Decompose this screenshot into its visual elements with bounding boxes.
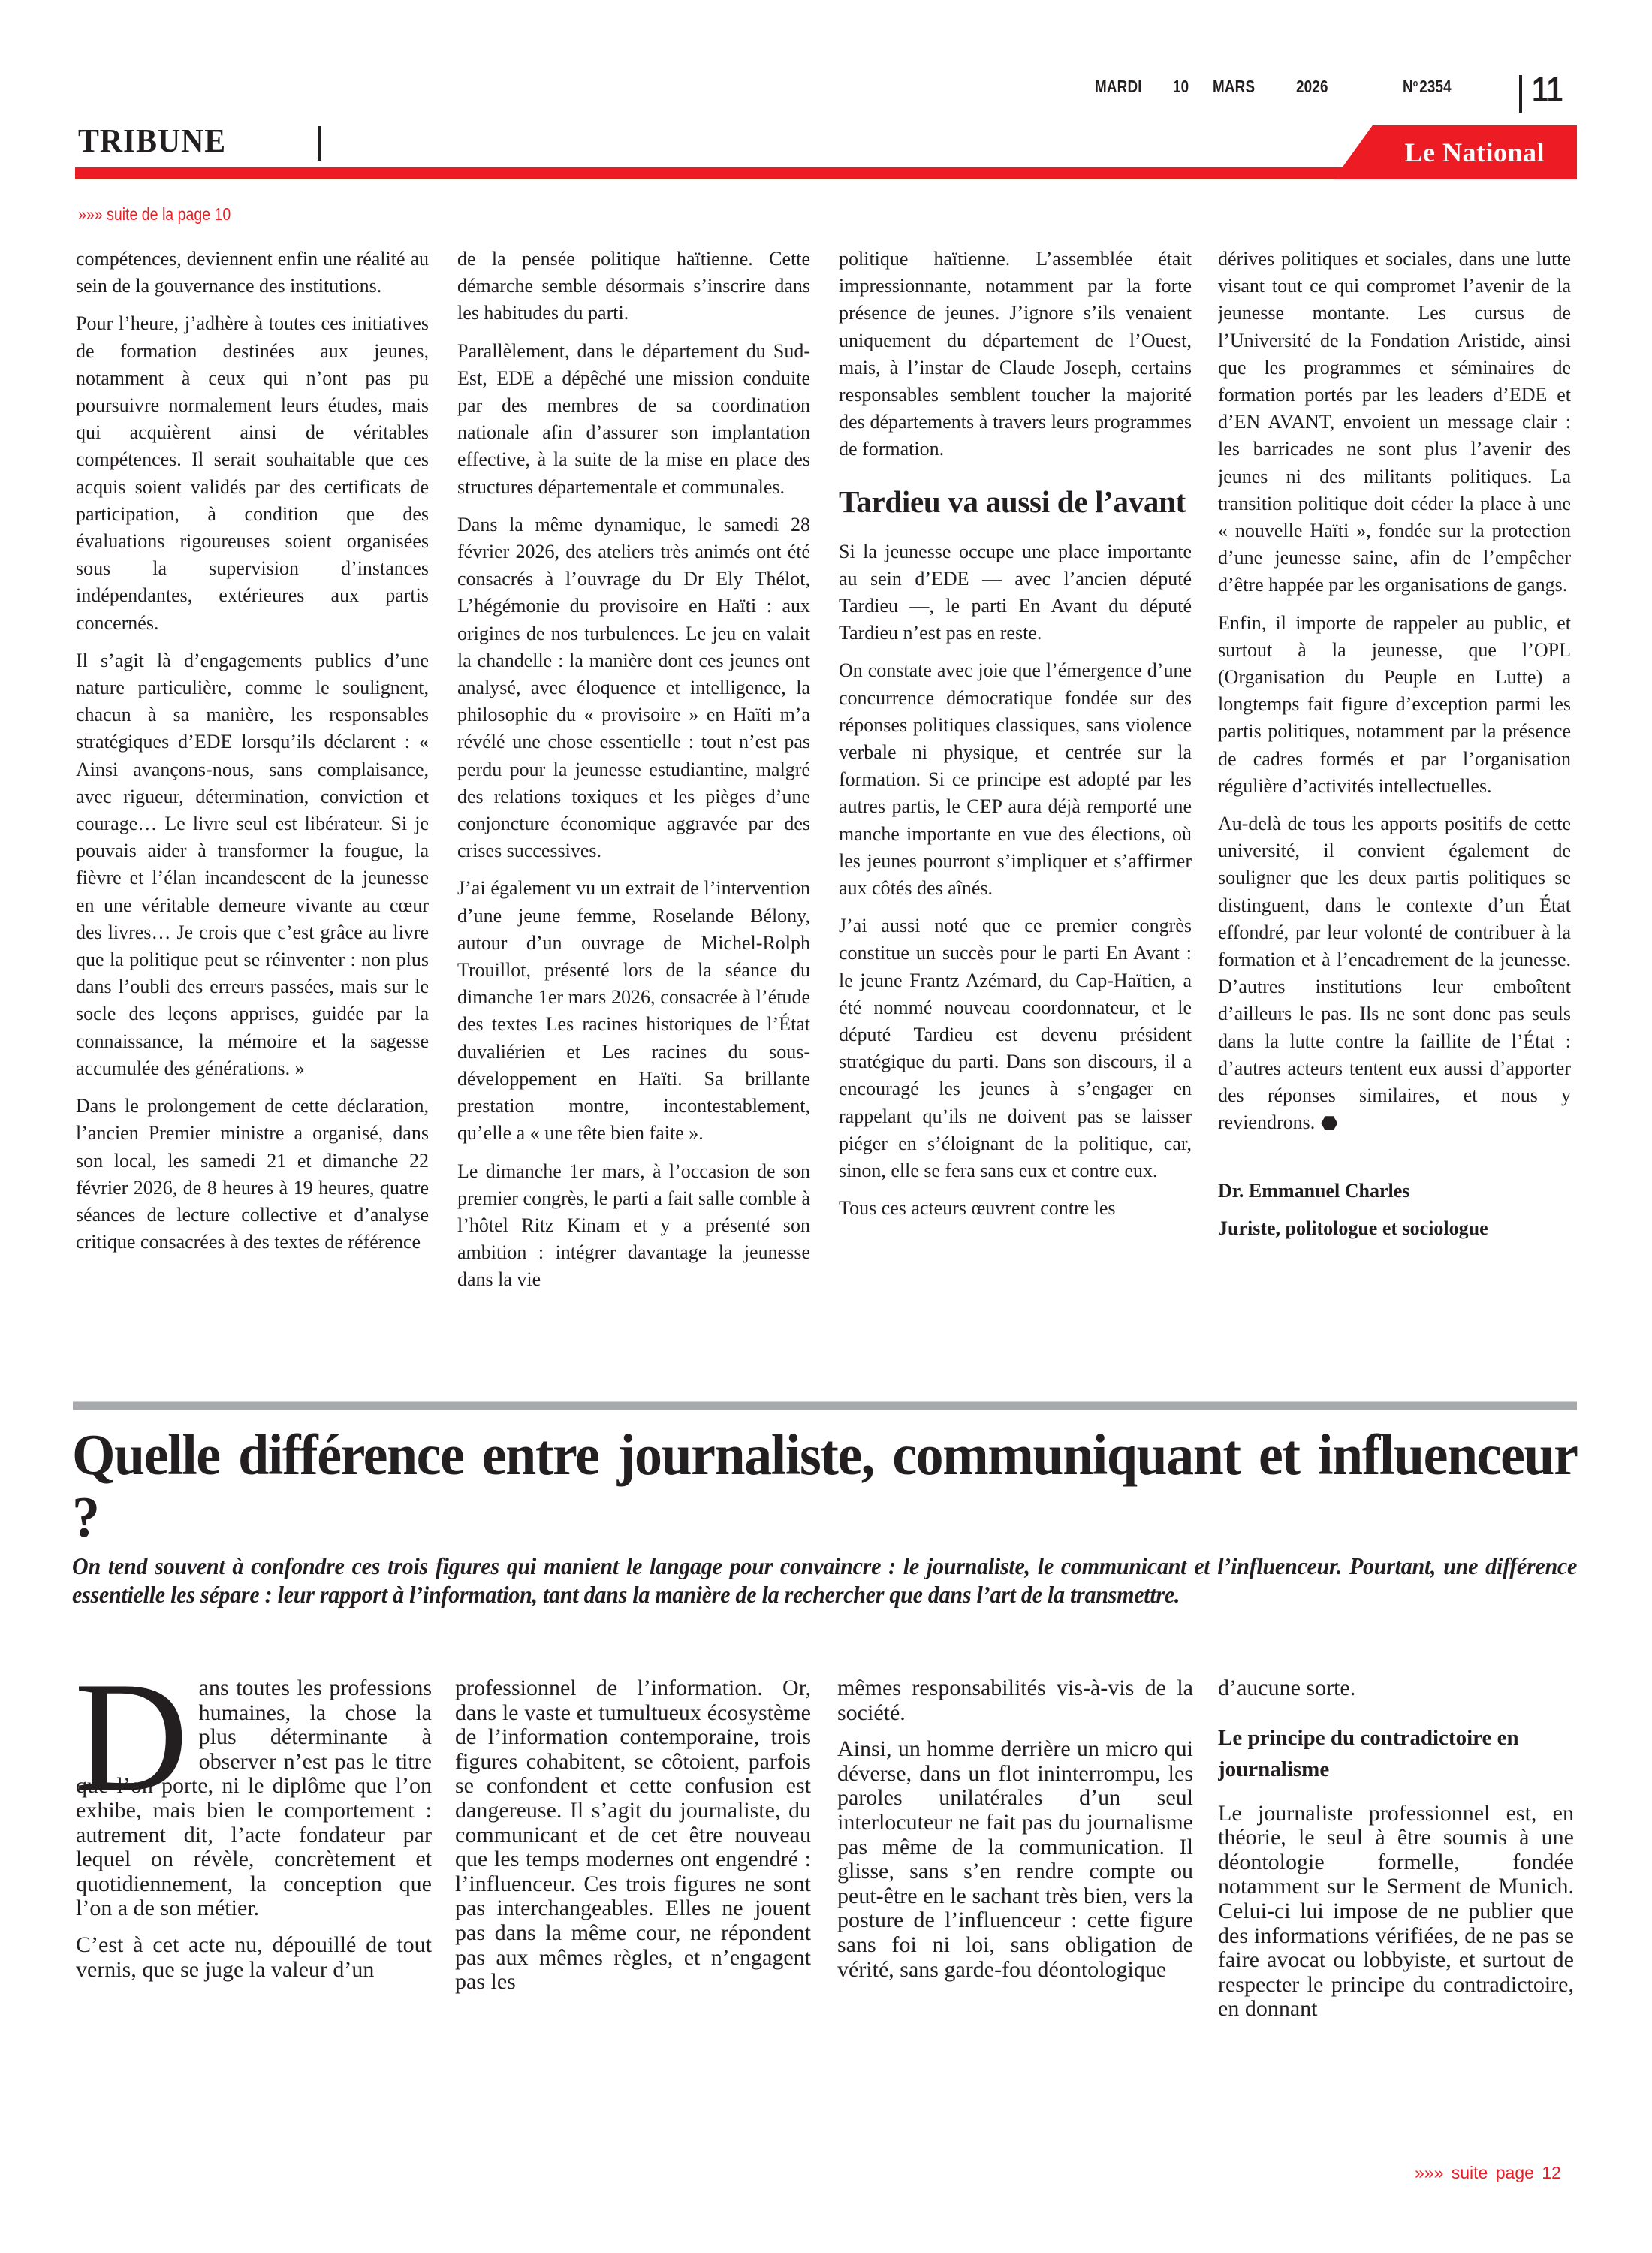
article-column-1: Dans toutes les professions humaines, la… xyxy=(76,1676,432,2142)
paragraph: C’est à cet acte nu, dépouillé de tout v… xyxy=(76,1933,432,1982)
paragraph: On constate avec joie que l’émergence d’… xyxy=(839,657,1192,902)
dateline-year: 2026 xyxy=(1296,77,1328,97)
continued-to-link[interactable]: »»» suite page 12 xyxy=(1415,2163,1561,2183)
paragraph: Si la jeunesse occupe une place importan… xyxy=(839,538,1192,647)
article-separator xyxy=(73,1401,1577,1410)
paragraph: Ainsi, un homme derrière un micro qui dé… xyxy=(837,1737,1193,1982)
page-number-divider xyxy=(1519,75,1522,113)
lead-paragraph: Dans toutes les professions humaines, la… xyxy=(76,1676,432,1921)
tribune-column-1: compétences, deviennent enfin une réalit… xyxy=(76,246,429,1380)
author-title: Juriste, politologue et sociologue xyxy=(1218,1215,1571,1242)
article-headline: Quelle différence entre journaliste, com… xyxy=(72,1424,1577,1549)
dateline-day: MARDI xyxy=(1095,77,1142,97)
section-divider xyxy=(318,126,321,161)
paragraph: Pour l’heure, j’adhère à toutes ces init… xyxy=(76,310,429,636)
paragraph: Parallèlement, dans le département du Su… xyxy=(457,338,810,501)
end-of-article-icon xyxy=(1321,1116,1337,1130)
paragraph: J’ai également vu un extrait de l’interv… xyxy=(457,875,810,1147)
paragraph: Enfin, il importe de rappeler au public,… xyxy=(1218,610,1571,800)
paragraph: Dans le prolongement de cette déclaratio… xyxy=(76,1093,429,1256)
paragraph: dérives politiques et sociales, dans une… xyxy=(1218,246,1571,599)
paragraph: J’ai aussi noté que ce premier congrès c… xyxy=(839,912,1192,1184)
dateline-month: MARS xyxy=(1213,77,1255,97)
paragraph: professionnel de l’information. Or, dans… xyxy=(455,1676,811,1995)
issue-number: No 2354 xyxy=(1403,77,1452,97)
paragraph: Le journaliste professionnel est, en thé… xyxy=(1218,1802,1574,2022)
paragraph: Au-delà de tous les apports positifs de … xyxy=(1218,810,1571,1136)
article-column-3: mêmes responsabilités vis-à-vis de la so… xyxy=(837,1676,1193,2142)
author-name: Dr. Emmanuel Charles xyxy=(1218,1178,1571,1205)
paragraph: Tous ces acteurs œuvrent contre les xyxy=(839,1195,1192,1222)
paragraph: Le dimanche 1er mars, à l’occasion de so… xyxy=(457,1158,810,1294)
subheading: Le principe du contradictoire en journal… xyxy=(1218,1722,1574,1785)
article-column-2: professionnel de l’information. Or, dans… xyxy=(455,1676,811,2142)
tribune-column-2: de la pensée politique haïtienne. Cette … xyxy=(457,246,810,1380)
paragraph: de la pensée politique haïtienne. Cette … xyxy=(457,246,810,327)
tribune-column-3: politique haïtienne. L’assemblée était i… xyxy=(839,246,1192,1380)
continued-from-link[interactable]: »»» suite de la page 10 xyxy=(78,204,231,225)
page-number: 11 xyxy=(1532,69,1563,110)
section-label: TRIBUNE xyxy=(78,122,226,160)
article-deck: On tend souvent à confondre ces trois fi… xyxy=(72,1552,1577,1609)
article-column-4: d’aucune sorte. Le principe du contradic… xyxy=(1218,1676,1574,2142)
paragraph: d’aucune sorte. xyxy=(1218,1676,1574,1701)
brand-tab: Le National xyxy=(1334,125,1577,179)
drop-cap: D xyxy=(76,1681,188,1769)
paragraph: Il s’agit là d’engagements publics d’une… xyxy=(76,647,429,1082)
paragraph: mêmes responsabilités vis-à-vis de la so… xyxy=(837,1676,1193,1725)
tribune-column-4: dérives politiques et sociales, dans une… xyxy=(1218,246,1571,1380)
newspaper-logo: Le National xyxy=(1404,137,1545,168)
subheading: Tardieu va aussi de l’avant xyxy=(839,484,1192,519)
paragraph: compétences, deviennent enfin une réalit… xyxy=(76,246,429,300)
paragraph: politique haïtienne. L’assemblée était i… xyxy=(839,246,1192,463)
paragraph: Dans la même dynamique, le samedi 28 fév… xyxy=(457,511,810,865)
dateline-date: 10 xyxy=(1173,77,1189,97)
